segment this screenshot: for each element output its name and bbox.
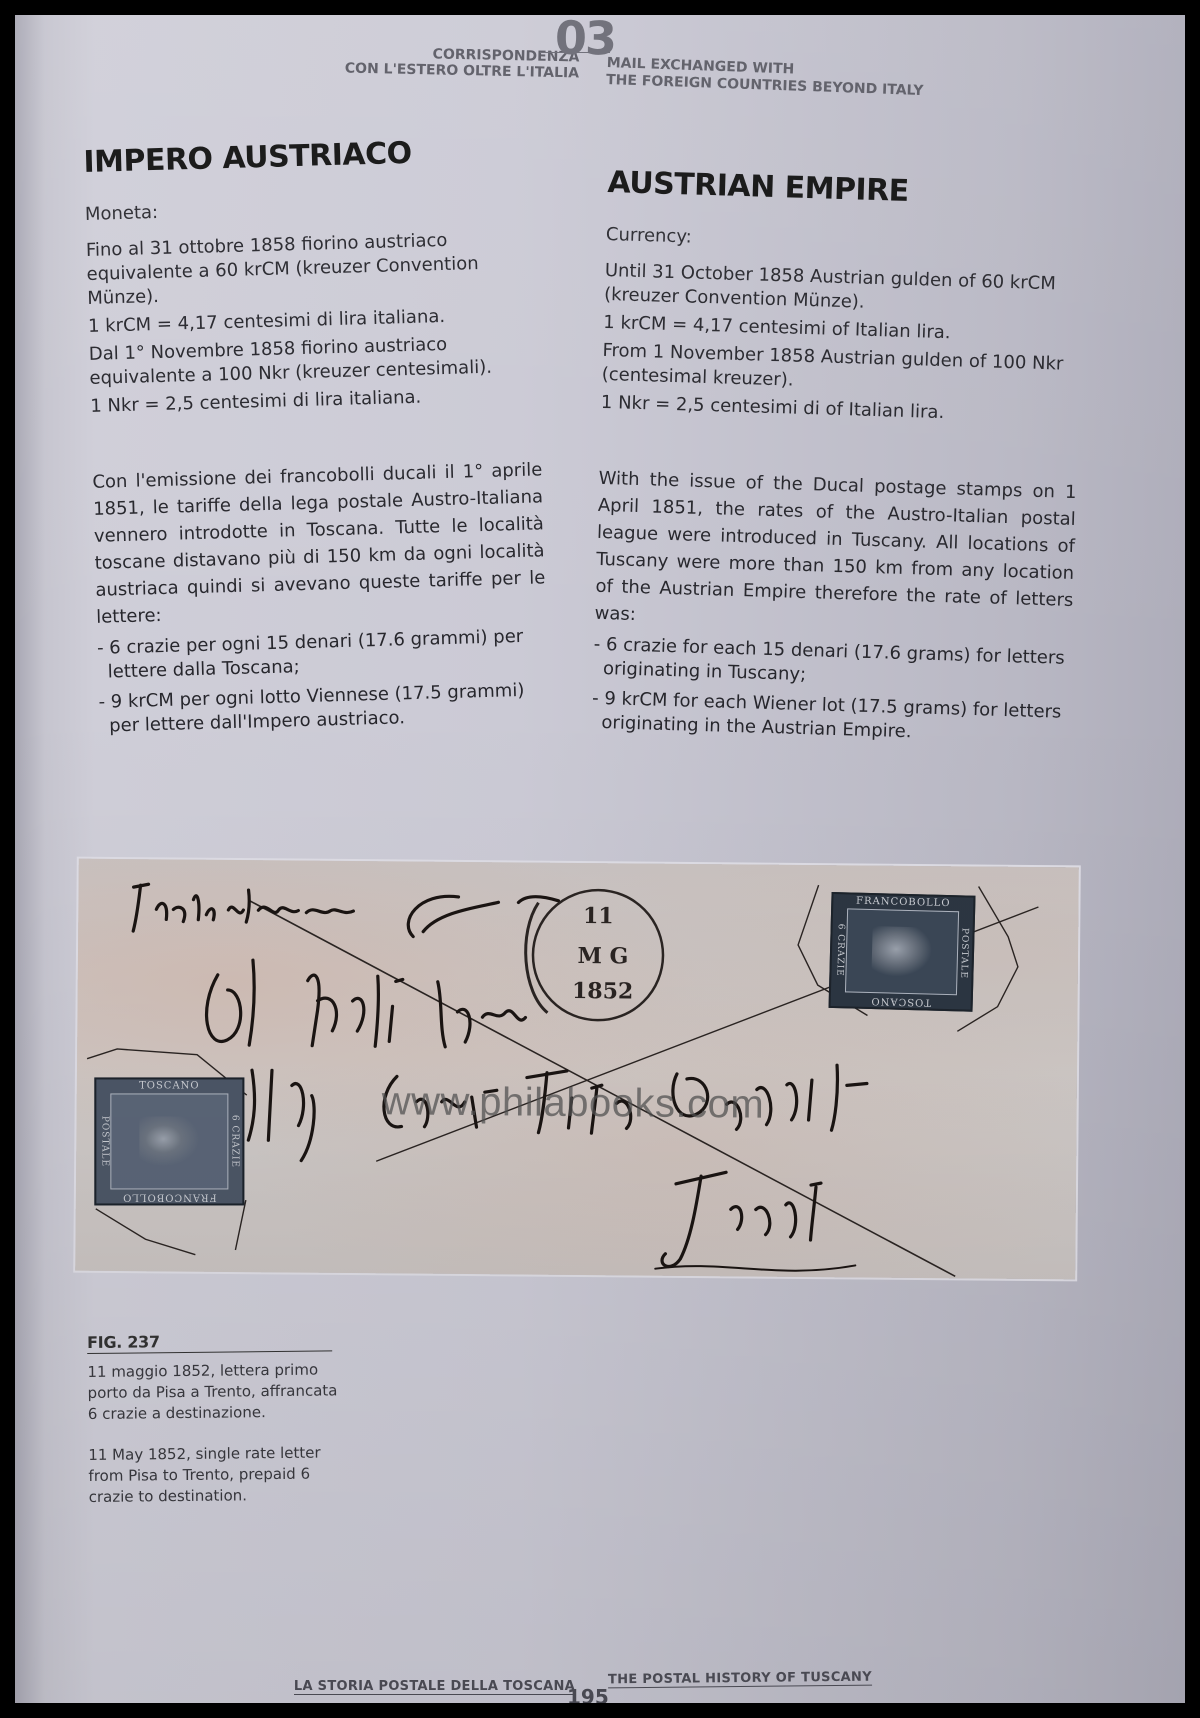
- book-page: CORRISPONDENZA CON L'ESTERO OLTRE L'ITAL…: [15, 15, 1185, 1703]
- rate-bullet: - 6 crazie for each 15 denari (17.6 gram…: [593, 633, 1072, 695]
- svg-text:1852: 1852: [572, 978, 633, 1005]
- figure-caption: FIG. 237 11 maggio 1852, lettera primo p…: [87, 1330, 339, 1528]
- marzocco-lion-icon: [139, 1116, 199, 1166]
- italian-column: IMPERO AUSTRIACO Moneta: Fino al 31 otto…: [83, 132, 549, 738]
- currency-line: Dal 1° Novembre 1858 fiorino austriaco e…: [89, 330, 540, 391]
- section-title-italian: IMPERO AUSTRIACO: [83, 132, 534, 180]
- currency-line: Fino al 31 ottobre 1858 fiorino austriac…: [86, 226, 538, 311]
- currency-label-english: Currency:: [606, 224, 1084, 259]
- page-number: 195: [567, 1685, 609, 1703]
- watermark: www.philabooks.com: [382, 1079, 765, 1127]
- currency-label-italian: Moneta:: [85, 191, 535, 225]
- rate-bullet: - 9 krCM for each Wiener lot (17.5 grams…: [591, 687, 1070, 749]
- tuscany-stamp-6-crazie: TOSCANO FRANCOBOLLO POSTALE 6 CRAZIE: [94, 1077, 244, 1205]
- body-paragraph-italian: Con l'emissione dei francobolli ducali i…: [92, 456, 546, 631]
- currency-line: Until 31 October 1858 Austrian gulden of…: [604, 259, 1083, 321]
- rate-bullet: - 9 krCM per ogni lotto Viennese (17.5 g…: [98, 678, 549, 739]
- envelope-photo: 11 M G 1852 FRANCOBOLLO TOSCANO 6 CRAZIE…: [75, 859, 1079, 1280]
- caption-english: 11 May 1852, single rate letter from Pis…: [88, 1442, 339, 1508]
- svg-text:M G: M G: [577, 943, 628, 969]
- figure-label: FIG. 237: [87, 1330, 332, 1354]
- rate-bullet: - 6 crazie per ogni 15 denari (17.6 gram…: [97, 624, 548, 685]
- page-footer: LA STORIA POSTALE DELLA TOSCANA 195 THE …: [15, 1663, 1185, 1703]
- svg-text:11: 11: [583, 903, 614, 929]
- english-column: AUSTRIAN EMPIRE Currency: Until 31 Octob…: [591, 165, 1086, 749]
- body-paragraph-english: With the issue of the Ducal postage stam…: [594, 465, 1077, 641]
- chapter-title-english: MAIL EXCHANGED WITH THE FOREIGN COUNTRIE…: [606, 55, 924, 100]
- footer-title-english: THE POSTAL HISTORY OF TUSCANY: [608, 1670, 872, 1689]
- marzocco-lion-icon: [871, 926, 932, 978]
- currency-line: From 1 November 1858 Austrian gulden of …: [601, 339, 1080, 401]
- chapter-title-italian: CORRISPONDENZA CON L'ESTERO OLTRE L'ITAL…: [344, 45, 579, 82]
- caption-italian: 11 maggio 1852, lettera primo porto da P…: [87, 1359, 338, 1425]
- header-divider: [540, 52, 610, 53]
- tuscany-stamp-6-crazie: FRANCOBOLLO TOSCANO 6 CRAZIE POSTALE: [829, 892, 976, 1012]
- footer-title-italian: LA STORIA POSTALE DELLA TOSCANA: [294, 1679, 575, 1695]
- section-title-english: AUSTRIAN EMPIRE: [607, 165, 1086, 214]
